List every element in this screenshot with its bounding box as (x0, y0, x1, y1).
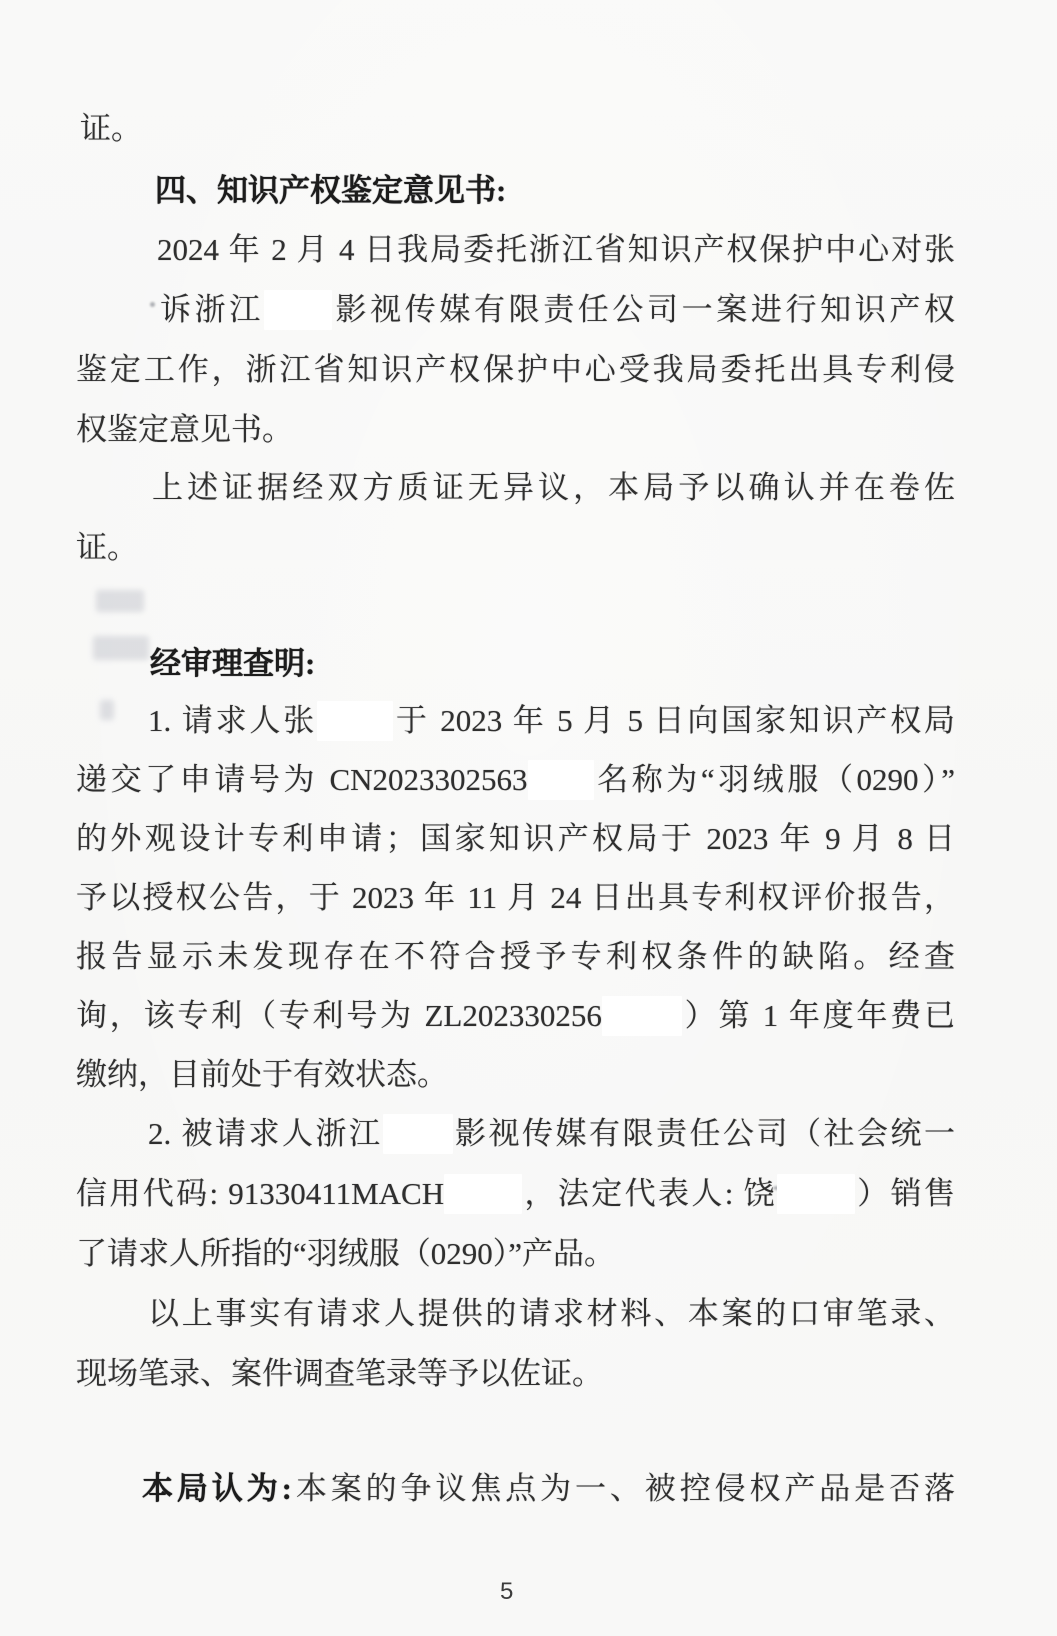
scan-artifact (100, 700, 114, 720)
section-heading-appraisal-opinion: 四、知识产权鉴定意见书: (155, 170, 506, 212)
line-text: 本案的争议焦点为一、被控侵权产品是否落 (292, 1471, 955, 1506)
page-number: 5 (500, 1578, 513, 1606)
line-text: 予以授权公告，于 2023 年 11 月 24 日出具专利权评价报告， (76, 880, 955, 915)
line-text: 鉴定工作，浙江省知识产权保护中心受我局委托出具专利侵 (76, 352, 955, 387)
text-line: 予以授权公告，于 2023 年 11 月 24 日出具专利权评价报告， (76, 877, 955, 919)
scanned-document-page: 证。 四、知识产权鉴定意见书: 2024 年 2 月 4 日我局委托浙江省知识产… (0, 0, 1057, 1636)
text-line: 诉浙江影视传媒有限责任公司一案进行知识产权 (160, 289, 955, 331)
heading-text: 经审理查明: (150, 646, 315, 681)
text-line: 以上事实有请求人提供的请求材料、本案的口审笔录、 (148, 1293, 955, 1335)
line-text: 2024 年 2 月 4 日我局委托浙江省知识产权保护中心对张 (157, 232, 955, 267)
line-text: 缴纳，目前处于有效状态。 (76, 1057, 448, 1092)
redaction-box (264, 290, 332, 330)
line-text: 影视传媒有限责任公司一案进行知识产权 (332, 292, 955, 327)
page-number-text: 5 (500, 1578, 513, 1605)
text-line: 权鉴定意见书。 (76, 409, 293, 451)
scan-artifact (93, 636, 149, 660)
text-line: 鉴定工作，浙江省知识产权保护中心受我局委托出具专利侵 (76, 349, 955, 391)
line-text: 名称为“羽绒服（0290）” (594, 762, 955, 797)
line-text: ）第 1 年度年费已 (682, 998, 955, 1033)
text-line: 本局认为:本案的争议焦点为一、被控侵权产品是否落 (142, 1468, 955, 1510)
line-text: 现场笔录、案件调查笔录等予以佐证。 (76, 1356, 603, 1391)
redaction-box (317, 701, 393, 741)
text-line: 证。 (76, 527, 138, 569)
redaction-box (383, 1114, 453, 1154)
text-line: 1. 请求人张于 2023 年 5 月 5 日向国家知识产权局 (148, 700, 955, 742)
text-line: 递交了申请号为 CN2023302563名称为“羽绒服（0290）” (76, 759, 955, 801)
text-line: 的外观设计专利申请；国家知识产权局于 2023 年 9 月 8 日 (76, 818, 955, 860)
line-text: 信用代码: 91330411MACH (76, 1176, 444, 1211)
line-text: 2. 被请求人浙江 (148, 1116, 383, 1151)
text-line: 2. 被请求人浙江影视传媒有限责任公司（社会统一 (148, 1113, 955, 1155)
opinion-lead: 本局认为: (142, 1471, 292, 1506)
text-line: 报告显示未发现存在不符合授予专利权条件的缺陷。经查 (76, 936, 955, 978)
line-text: 于 2023 年 5 月 5 日向国家知识产权局 (393, 703, 955, 738)
redaction-box (528, 760, 594, 800)
redaction-box (602, 996, 682, 1036)
scan-artifact (96, 590, 144, 612)
heading-findings: 经审理查明: (150, 643, 315, 685)
line-text: 上述证据经双方质证无异议，本局予以确认并在卷佐 (152, 470, 955, 505)
line-text: ，法定代表人: 饶 (522, 1176, 777, 1211)
redaction-box (777, 1174, 855, 1214)
line-text: 1. 请求人张 (148, 703, 317, 738)
line-text: ）销售 (855, 1176, 955, 1211)
text-line: 缴纳，目前处于有效状态。 (76, 1054, 448, 1096)
line-text: 证。 (80, 111, 142, 146)
text-line: 信用代码: 91330411MACH，法定代表人: 饶）销售 (76, 1173, 955, 1215)
line-text: 权鉴定意见书。 (76, 412, 293, 447)
line-text: 询，该专利（专利号为 ZL202330256 (76, 998, 602, 1033)
scan-speck (150, 302, 155, 307)
line-text: 报告显示未发现存在不符合授予专利权条件的缺陷。经查 (76, 939, 955, 974)
line-text: 诉浙江 (160, 292, 264, 327)
line-text: 影视传媒有限责任公司（社会统一 (453, 1116, 956, 1151)
line-text: 以上事实有请求人提供的请求材料、本案的口审笔录、 (148, 1296, 955, 1331)
text-line: 2024 年 2 月 4 日我局委托浙江省知识产权保护中心对张 (157, 229, 955, 271)
text-line: 证。 (80, 108, 142, 150)
line-text: 递交了申请号为 CN2023302563 (76, 762, 528, 797)
text-line: 现场笔录、案件调查笔录等予以佐证。 (76, 1353, 603, 1395)
redaction-box (444, 1174, 522, 1214)
text-line: 上述证据经双方质证无异议，本局予以确认并在卷佐 (152, 467, 955, 509)
line-text: 了请求人所指的“羽绒服（0290）”产品。 (76, 1236, 615, 1271)
line-text: 的外观设计专利申请；国家知识产权局于 2023 年 9 月 8 日 (76, 821, 955, 856)
line-text: 证。 (76, 530, 138, 565)
text-line: 询，该专利（专利号为 ZL202330256）第 1 年度年费已 (76, 995, 955, 1037)
text-line: 了请求人所指的“羽绒服（0290）”产品。 (76, 1233, 615, 1275)
heading-text: 四、知识产权鉴定意见书: (155, 173, 506, 208)
